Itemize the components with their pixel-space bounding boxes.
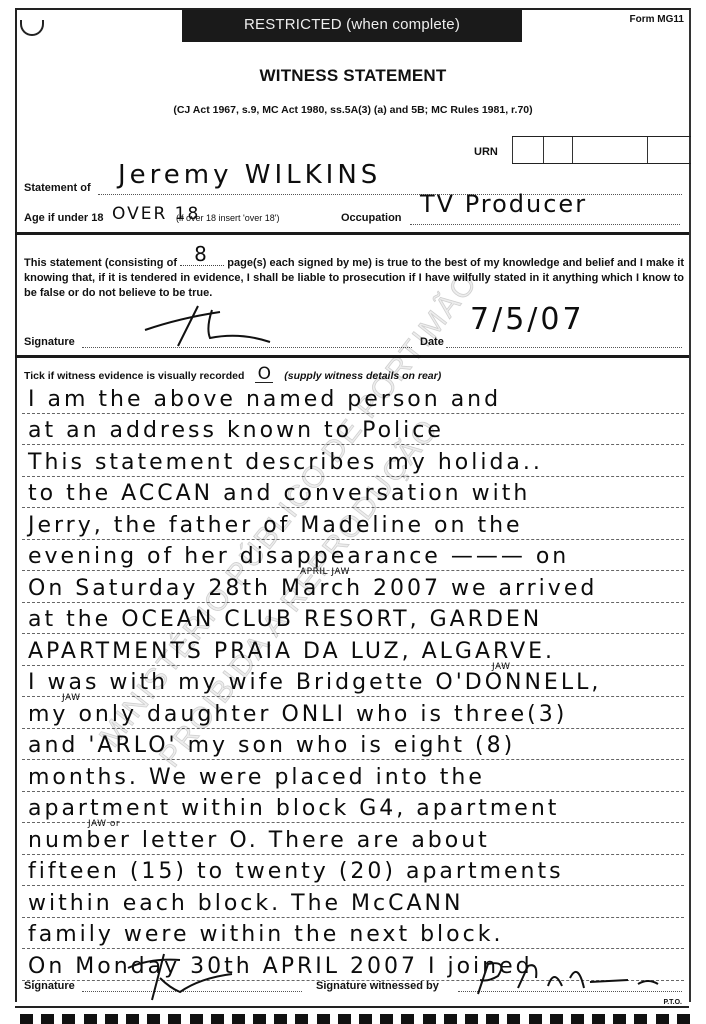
- statement-line[interactable]: months. We were placed into the: [22, 760, 684, 792]
- correction-initials: JAW: [492, 662, 511, 672]
- scan-marker: [211, 1014, 224, 1024]
- age-row: Age if under 18: [24, 212, 103, 224]
- scan-marker: [613, 1014, 626, 1024]
- scan-marker: [507, 1014, 520, 1024]
- scan-marker: [295, 1014, 308, 1024]
- scan-marker: [444, 1014, 457, 1024]
- statement-line[interactable]: Jerry, the father of Madeline on the: [22, 508, 684, 540]
- statement-line-text: APARTMENTS PRAIA DA LUZ, ALGARVE.: [28, 639, 555, 664]
- urn-box[interactable]: [647, 137, 691, 163]
- scan-marker: [338, 1014, 351, 1024]
- section-divider: [15, 232, 689, 235]
- scan-marker: [168, 1014, 181, 1024]
- witness-signature-scribble[interactable]: [458, 958, 678, 998]
- scan-marker: [592, 1014, 605, 1024]
- scan-marker: [550, 1014, 563, 1024]
- scan-marker: [62, 1014, 75, 1024]
- scan-marker: [105, 1014, 118, 1024]
- age-label: Age if under 18: [24, 212, 103, 224]
- correction-initials: APRIL JAW: [300, 567, 350, 577]
- statement-line[interactable]: at the OCEAN CLUB RESORT, GARDEN: [22, 603, 684, 635]
- statement-line[interactable]: APARTMENTS PRAIA DA LUZ, ALGARVE.: [22, 634, 684, 666]
- scan-marker: [190, 1014, 203, 1024]
- scan-marker: [677, 1014, 690, 1024]
- visual-record-row: Tick if witness evidence is visually rec…: [24, 366, 441, 383]
- statement-body[interactable]: I am the above named person andat an add…: [22, 382, 684, 981]
- please-turn-over: P.T.O.: [663, 999, 682, 1006]
- statement-line-text: evening of her disappearance ——— on: [28, 544, 569, 569]
- scan-marker: [274, 1014, 287, 1024]
- scan-marker: [465, 1014, 478, 1024]
- visual-record-note: (supply witness details on rear): [284, 370, 441, 382]
- statement-line[interactable]: I am the above named person and: [22, 382, 684, 414]
- statement-line-text: On Saturday 28th March 2007 we arrived: [28, 576, 597, 601]
- statement-line-text: my only daughter ONLI who is three(3): [28, 702, 567, 727]
- statement-line[interactable]: This statement describes my holida..: [22, 445, 684, 477]
- declaration-text: This statement (consisting of 8 page(s) …: [24, 256, 684, 301]
- statement-line-text: within each block. The McCANN: [28, 891, 463, 916]
- statement-line-text: to the ACCAN and conversation with: [28, 481, 530, 506]
- statement-line-text: family were within the next block.: [28, 922, 503, 947]
- statement-line[interactable]: evening of her disappearance ——— on: [22, 540, 684, 572]
- urn-box[interactable]: [512, 137, 543, 163]
- scan-marker: [423, 1014, 436, 1024]
- statement-line[interactable]: I was with my wife Bridgette O'DONNELL,J…: [22, 666, 684, 698]
- scan-marker: [486, 1014, 499, 1024]
- scan-marker: [359, 1014, 372, 1024]
- scan-marker: [253, 1014, 266, 1024]
- statement-line[interactable]: at an address known to Police: [22, 414, 684, 446]
- declaration-text-start: This statement (consisting of: [24, 257, 177, 269]
- date-line: [446, 347, 682, 348]
- statement-line[interactable]: to the ACCAN and conversation with: [22, 477, 684, 509]
- date-label: Date: [420, 336, 444, 348]
- visual-record-label: Tick if witness evidence is visually rec…: [24, 370, 244, 382]
- statement-line-text: This statement describes my holida..: [28, 450, 543, 475]
- scan-marker: [232, 1014, 245, 1024]
- statement-line-text: at an address known to Police: [28, 418, 444, 443]
- statement-of-label: Statement of: [24, 182, 91, 194]
- statement-line[interactable]: my only daughter ONLI who is three(3)JAW: [22, 697, 684, 729]
- age-hint: (if over 18 insert 'over 18'): [176, 213, 279, 223]
- scan-marker: [317, 1014, 330, 1024]
- scan-marker: [84, 1014, 97, 1024]
- statement-line[interactable]: family were within the next block.: [22, 918, 684, 950]
- scan-marker: [656, 1014, 669, 1024]
- statement-of-value[interactable]: Jeremy WILKINS: [118, 160, 381, 190]
- scan-marker: [380, 1014, 393, 1024]
- section-divider: [15, 355, 689, 358]
- visual-record-checkbox[interactable]: O: [255, 366, 273, 383]
- scan-marker: [634, 1014, 647, 1024]
- urn-box[interactable]: [572, 137, 647, 163]
- statement-line-text: I was with my wife Bridgette O'DONNELL,: [28, 670, 601, 695]
- urn-box[interactable]: [543, 137, 572, 163]
- statement-line[interactable]: number letter O. There are aboutJAW or: [22, 823, 684, 855]
- scan-marker: [41, 1014, 54, 1024]
- occupation-line: [410, 224, 680, 225]
- statement-line-text: Jerry, the father of Madeline on the: [28, 513, 523, 538]
- correction-initials: JAW or: [88, 819, 120, 829]
- scan-marker: [20, 1014, 33, 1024]
- statement-line[interactable]: apartment within block G4, apartment: [22, 792, 684, 824]
- statement-line-text: I am the above named person and: [28, 387, 501, 412]
- statement-line-text: number letter O. There are about: [28, 828, 490, 853]
- form-code: Form MG11: [630, 14, 684, 25]
- footer-signature-scribble[interactable]: [120, 948, 240, 1008]
- statement-line[interactable]: fifteen (15) to twenty (20) apartments: [22, 855, 684, 887]
- scan-marker: [529, 1014, 542, 1024]
- statement-line-text: On Monday 30th APRIL 2007 I joined: [28, 954, 533, 979]
- scan-marker: [401, 1014, 414, 1024]
- statement-line-text: apartment within block G4, apartment: [28, 796, 559, 821]
- scan-marker: [126, 1014, 139, 1024]
- correction-initials: JAW: [62, 693, 81, 703]
- document-title: WITNESS STATEMENT: [0, 66, 706, 86]
- witnessed-by-label: Signature witnessed by: [316, 980, 439, 992]
- pages-count-value: 8: [194, 247, 209, 262]
- statement-line-text: and 'ARLO' my son who is eight (8): [28, 733, 515, 758]
- statement-line[interactable]: On Saturday 28th March 2007 we arrivedAP…: [22, 571, 684, 603]
- date-value[interactable]: 7/5/07: [470, 302, 585, 337]
- scan-marker-strip: [20, 1014, 700, 1024]
- signature-label: Signature: [24, 336, 75, 348]
- scan-marker: [147, 1014, 160, 1024]
- statement-line-text: at the OCEAN CLUB RESORT, GARDEN: [28, 607, 542, 632]
- signature-scribble[interactable]: [140, 298, 280, 348]
- footer-signature-label: Signature: [24, 980, 75, 992]
- urn-field[interactable]: [512, 136, 691, 164]
- scan-marker: [571, 1014, 584, 1024]
- statement-line[interactable]: within each block. The McCANN: [22, 886, 684, 918]
- urn-label: URN: [474, 146, 498, 158]
- statement-of-line: [98, 194, 682, 195]
- statement-line[interactable]: and 'ARLO' my son who is eight (8): [22, 729, 684, 761]
- legal-reference: (CJ Act 1967, s.9, MC Act 1980, ss.5A(3)…: [0, 104, 706, 116]
- occupation-label: Occupation: [341, 212, 402, 224]
- restricted-banner: RESTRICTED (when complete): [182, 10, 522, 42]
- form-frame-bottom: [15, 1006, 689, 1008]
- occupation-value[interactable]: TV Producer: [420, 190, 587, 218]
- statement-line-text: months. We were placed into the: [28, 765, 485, 790]
- statement-line-text: fifteen (15) to twenty (20) apartments: [28, 859, 564, 884]
- pages-count-field[interactable]: 8: [180, 265, 224, 266]
